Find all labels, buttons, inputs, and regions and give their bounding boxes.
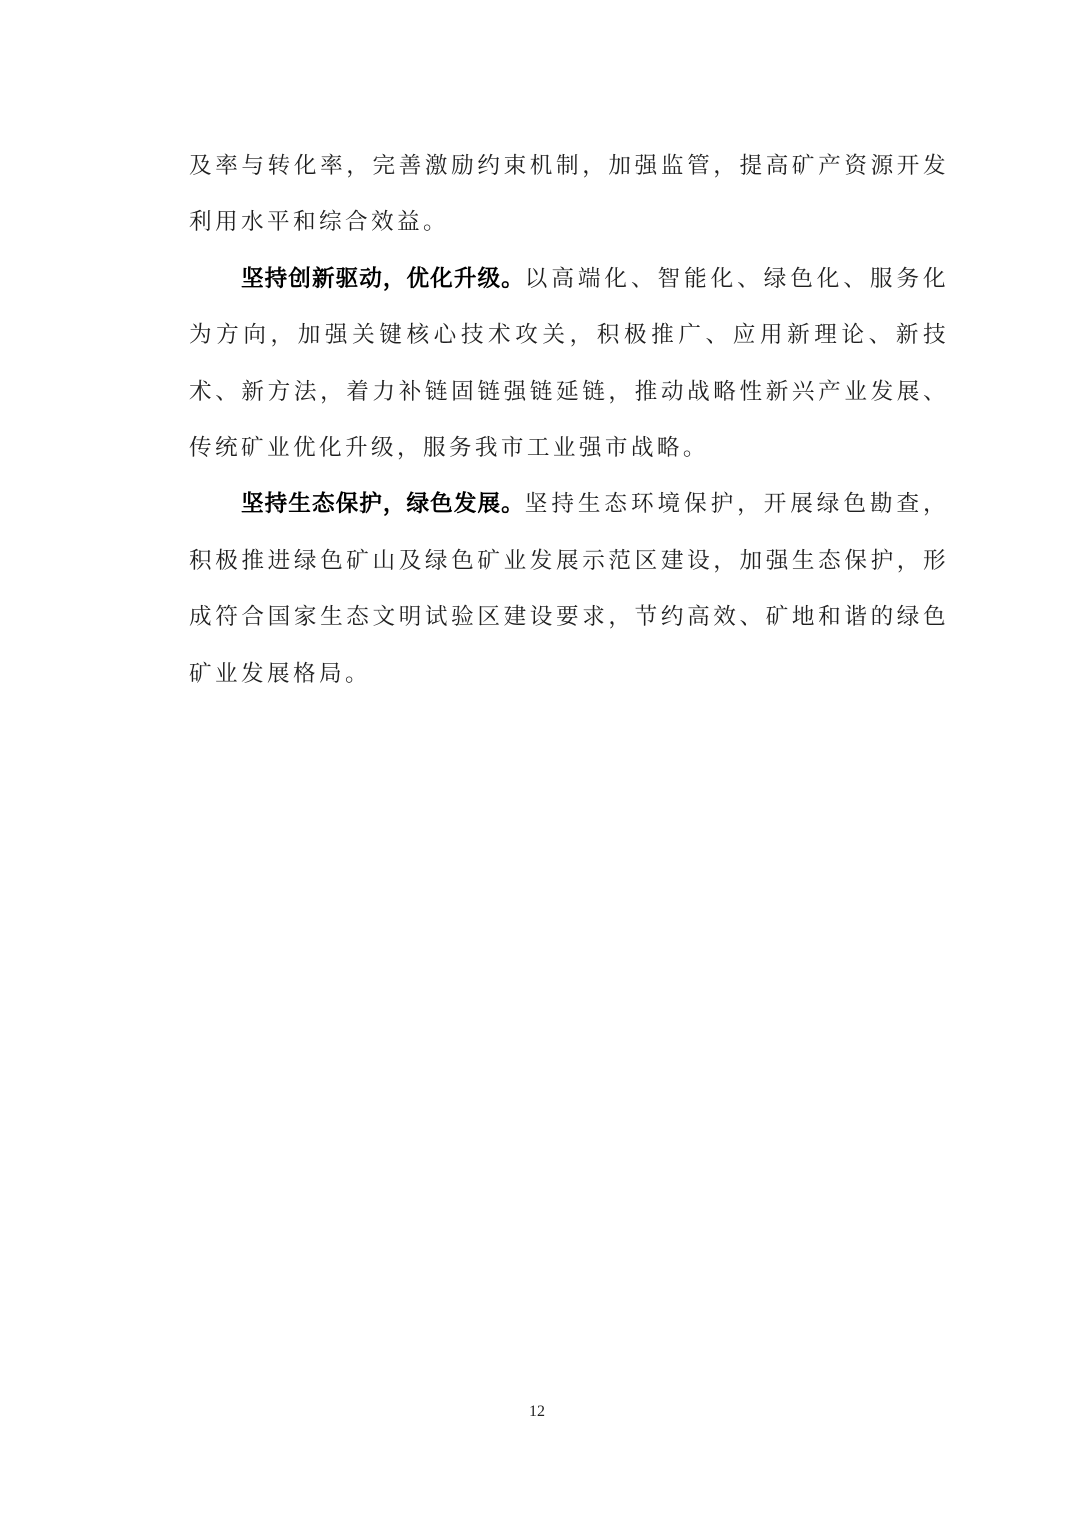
page-number: 12 xyxy=(0,1403,1074,1421)
paragraph-heading: 坚持生态保护，绿色发展。 xyxy=(241,491,525,517)
paragraph-text: 及率与转化率，完善激励约束机制，加强监管，提高矿产资源开发利用水平和综合效益。 xyxy=(189,153,949,235)
paragraph-ecology: 坚持生态保护，绿色发展。坚持生态环境保护，开展绿色勘查，积极推进绿色矿山及绿色矿… xyxy=(189,476,949,702)
paragraph-continuation: 及率与转化率，完善激励约束机制，加强监管，提高矿产资源开发利用水平和综合效益。 xyxy=(189,138,949,251)
paragraph-text: 坚持生态环境保护，开展绿色勘查，积极推进绿色矿山及绿色矿业发展示范区建设，加强生… xyxy=(189,491,949,686)
paragraph-text: 以高端化、智能化、绿色化、服务化为方向，加强关键核心技术攻关，积极推广、应用新理… xyxy=(189,266,949,461)
document-page: 及率与转化率，完善激励约束机制，加强监管，提高矿产资源开发利用水平和综合效益。 … xyxy=(0,0,1074,1520)
paragraph-innovation: 坚持创新驱动，优化升级。以高端化、智能化、绿色化、服务化为方向，加强关键核心技术… xyxy=(189,251,949,477)
body-text: 及率与转化率，完善激励约束机制，加强监管，提高矿产资源开发利用水平和综合效益。 … xyxy=(189,138,949,702)
paragraph-heading: 坚持创新驱动，优化升级。 xyxy=(241,266,525,292)
